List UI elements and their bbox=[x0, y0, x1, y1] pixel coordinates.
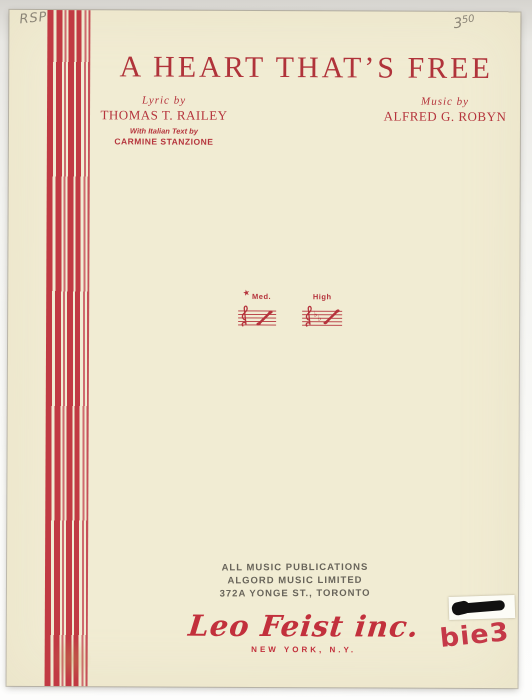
stamp-line-2: ALGORD MUSIC LIMITED bbox=[219, 574, 370, 588]
lyricist-credit-block: Lyric by THOMAS T. RAILEY With Italian T… bbox=[100, 94, 227, 147]
retailer-rubber-stamp: ALL MUSIC PUBLICATIONS ALGORD MUSIC LIMI… bbox=[219, 561, 370, 601]
lyric-by-label: Lyric by bbox=[101, 94, 228, 107]
publisher-block: Leo Feist inc. NEW YORK, N.Y. bbox=[188, 609, 419, 655]
medium-key-label: ★ Med. bbox=[243, 292, 271, 303]
publisher-city: NEW YORK, N.Y. bbox=[188, 645, 418, 655]
medium-key-text: Med. bbox=[252, 292, 271, 301]
treble-clef-icon bbox=[242, 306, 247, 326]
music-by-label: Music by bbox=[384, 96, 507, 109]
high-key-text: High bbox=[313, 292, 332, 301]
italian-text-label: With Italian Text by bbox=[100, 126, 227, 136]
voice-key-options: ★ Med. bbox=[236, 292, 344, 328]
handwriting-initials: RSP bbox=[19, 10, 48, 28]
medium-key-staff-icon bbox=[236, 303, 278, 328]
publisher-name: Leo Feist inc. bbox=[187, 609, 421, 644]
price-cents: 50 bbox=[461, 13, 475, 26]
sheet-music-cover: RSP 350 A HEART THAT’S FREE Lyric by THO… bbox=[7, 10, 521, 688]
composer-credit-block: Music by ALFRED G. ROBYN bbox=[384, 96, 507, 126]
white-sticker bbox=[449, 595, 516, 620]
high-key-label: High bbox=[313, 292, 332, 303]
handwriting-price: 350 bbox=[452, 13, 476, 32]
page-title: A HEART THAT’S FREE bbox=[94, 50, 518, 86]
stripe-band bbox=[45, 10, 91, 686]
photo-background: RSP 350 A HEART THAT’S FREE Lyric by THO… bbox=[0, 0, 532, 700]
red-hand-stamp: bie3 bbox=[438, 617, 510, 653]
marker-scribble bbox=[455, 600, 506, 614]
treble-clef-icon bbox=[306, 306, 311, 326]
high-key-staff-icon: ♭ ♭ bbox=[300, 303, 344, 328]
stamp-line-1: ALL MUSIC PUBLICATIONS bbox=[219, 561, 370, 575]
stamp-line-3: 372A YONGE ST., TORONTO bbox=[220, 587, 371, 601]
star-icon: ★ bbox=[243, 288, 251, 297]
paper-stain bbox=[52, 638, 92, 680]
flat-sign-icon: ♭ bbox=[318, 314, 322, 323]
italian-lyricist-name: CARMINE STANZIONE bbox=[100, 136, 227, 147]
composer-name: ALFRED G. ROBYN bbox=[384, 109, 507, 126]
high-key-option: High ♭ ♭ bbox=[300, 292, 344, 328]
medium-key-option: ★ Med. bbox=[236, 292, 278, 328]
lyricist-name: THOMAS T. RAILEY bbox=[100, 107, 227, 124]
